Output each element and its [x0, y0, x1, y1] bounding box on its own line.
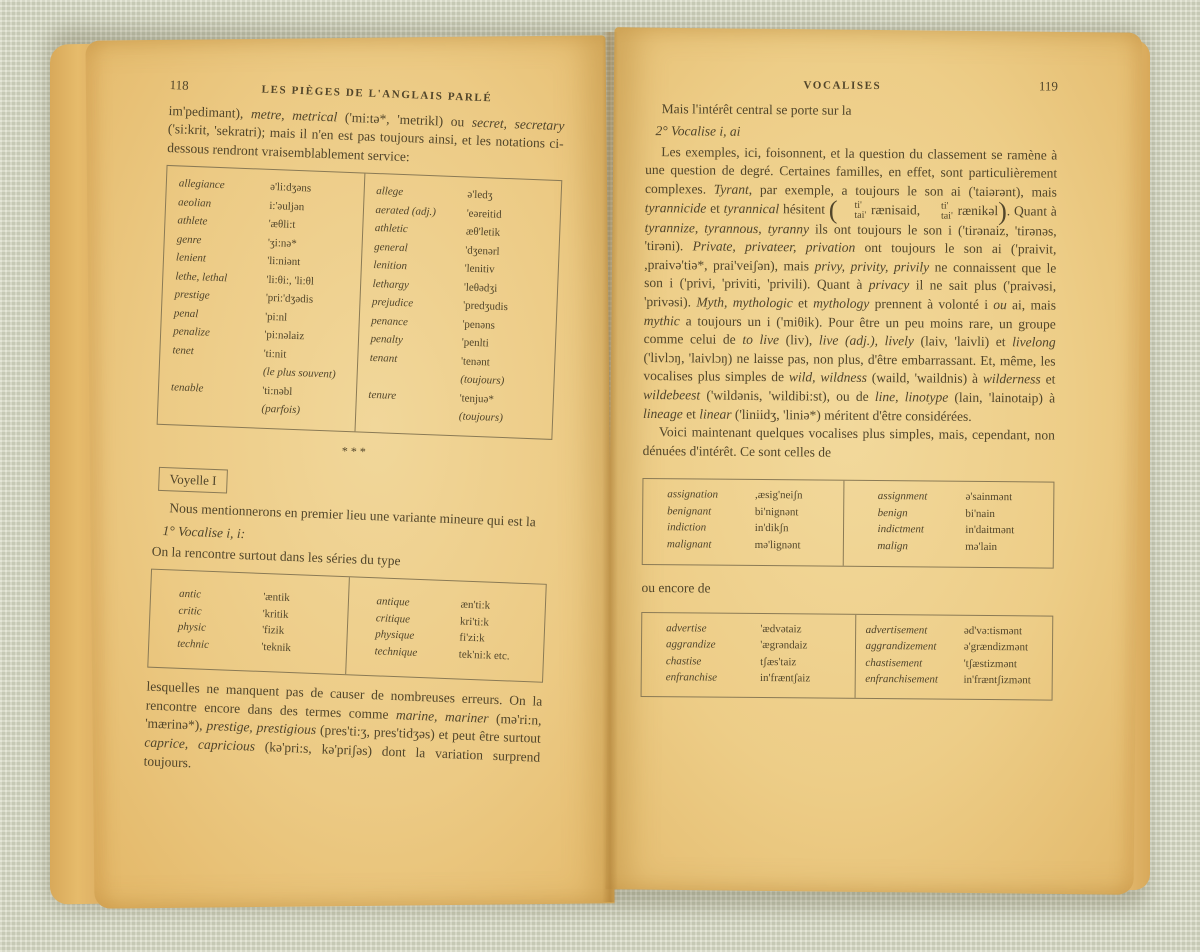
- table-column-right: assignmentə'sainmənt benignbi'nain indic…: [842, 481, 1053, 568]
- pronunciation-table-1: allegianceə'li:dʒəns aeoliani:'əuljən at…: [157, 165, 563, 440]
- page-number: 118: [169, 76, 189, 95]
- paragraph: ou encore de: [641, 579, 1053, 601]
- page-number: 119: [1039, 77, 1058, 96]
- subheading: 2° Vocalise i, ai: [655, 122, 1057, 144]
- table-column-left: allegianceə'li:dʒəns aeoliani:'əuljən at…: [158, 166, 364, 431]
- table-column-left: advertise'ædvətaiz aggrandize'ægrəndaiz …: [642, 613, 855, 698]
- paragraph: Les exemples, ici, foisonnent, et la que…: [643, 143, 1057, 427]
- open-book: 118 LES PIÈGES DE L'ANGLAIS PARLÉ im'ped…: [0, 0, 1200, 952]
- intro-paragraph: im'pedimant), metre, metrical ('mi:tə*, …: [167, 102, 565, 173]
- section-label-box: Voyelle I: [158, 467, 228, 494]
- paragraph: Voici maintenant quelques vocalises plus…: [643, 423, 1055, 464]
- left-page-content: 118 LES PIÈGES DE L'ANGLAIS PARLÉ im'ped…: [143, 76, 565, 786]
- paragraph: lesquelles ne manquent pas de causer de …: [143, 678, 542, 786]
- right-page-content: VOCALISES 119 Mais l'intérêt central se …: [640, 74, 1057, 708]
- pronunciation-table-2: antic'æntik critic'kritik physic'fizik t…: [147, 569, 547, 683]
- pronunciation-table-4: advertise'ædvətaiz aggrandize'ægrəndaiz …: [641, 612, 1054, 701]
- table-column-left: antic'æntik critic'kritik physic'fizik t…: [148, 570, 348, 674]
- section-divider-stars: * * *: [156, 439, 552, 464]
- pronunciation-table-3: assignation,æsig'neiʃn benignantbi'nignə…: [642, 478, 1055, 569]
- lead-paragraph: Mais l'intérêt central se porte sur la: [646, 100, 1058, 122]
- running-head-title: VOCALISES: [803, 76, 881, 95]
- book-gutter: [602, 32, 618, 902]
- right-running-head: VOCALISES 119: [646, 74, 1058, 97]
- table-column-right: antiqueæn'ti:k critiquekri'ti:k physique…: [345, 577, 546, 682]
- table-column-right: advertisementəd'və:tismənt aggrandizemen…: [854, 615, 1052, 700]
- table-column-right: allegeə'ledʒ aerated (adj.)'eəreitid ath…: [354, 174, 561, 439]
- table-column-left: assignation,æsig'neiʃn benignantbi'nignə…: [643, 479, 843, 566]
